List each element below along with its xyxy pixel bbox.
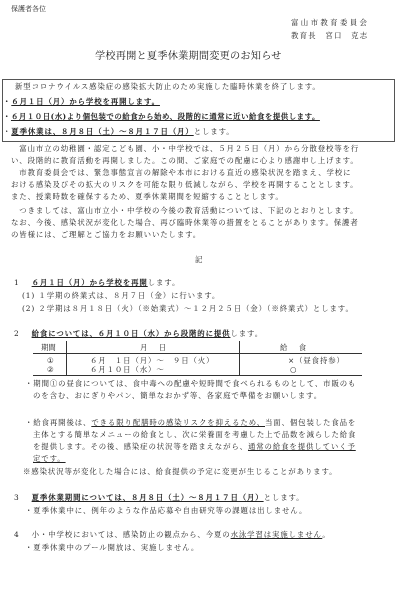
section-4-heading: 4小・中学校においては、感染防止の観点から、今夏の水泳学習は実施しません。 bbox=[14, 531, 331, 538]
section-2-note-1-line-2: のを含む、おにぎりやパン、簡単なおかず等、各家庭で準備をお願いします。 bbox=[33, 392, 322, 399]
table-header-lunch: 給 食 bbox=[280, 344, 308, 351]
section-1-item-2: (2) ２学期は８月１８日（火）（※始業式）～１２月２５日（金）（※終業式）とし… bbox=[22, 305, 354, 312]
table-header-date: 月 日 bbox=[140, 344, 168, 351]
section-1-item-1: (1) １学期の終業式は、８月７日（金）に行います。 bbox=[22, 292, 220, 299]
section-2-note-2-line-2: 主体とする簡単なメニューの給食とし、次に栄養面を考慮した上で品数を減らした給食 bbox=[33, 431, 356, 438]
paragraph-2-line-3: また、授業時数を確保するため、夏季休業期間を短縮することとします。 bbox=[11, 193, 284, 200]
section-2-note-2-line-1: ・給食再開後は、できる限り配膳時の感染リスクを抑えるため、当面、個包装した食品を bbox=[25, 419, 356, 426]
section-2-note-1-line-1: ・期間①の昼食については、食中毒への配慮や短時間で食べられるものとして、市販のも bbox=[25, 380, 356, 387]
issuer-org: 富山市教育委員会 bbox=[291, 19, 369, 26]
section-3-heading: 3夏季休業期間については、８月８日（土）～８月１７日（月）とします。 bbox=[14, 494, 304, 501]
table-header-period: 期間 bbox=[41, 344, 56, 351]
paragraph-2-line-2: おける感染及びその拡大のリスクを可能な限り低減しながら、学校を再開することとしま… bbox=[11, 181, 358, 188]
paragraph-1-line-2: い、段階的に教育活動を再開しました。この間、ご家庭での配慮に心より感謝申し上げま… bbox=[11, 157, 359, 164]
table-col-divider-1 bbox=[66, 341, 67, 375]
section-3-note: ・夏季休業中に、例年のような作品応募や自由研究等の課題は出しません。 bbox=[25, 507, 307, 514]
ki-heading: 記 bbox=[195, 256, 202, 263]
section-2-note-2-line-4: 定です。 bbox=[33, 455, 66, 462]
table-col-divider-2 bbox=[239, 341, 240, 375]
summary-intro: 新型コロナウイルス感染症の感染拡大防止のため実施した臨時休業を終了します。 bbox=[15, 83, 321, 90]
section-2-note-3: ※感染状況等が変化した場合には、給食提供の予定に変更が生じることがあります。 bbox=[23, 468, 337, 475]
summary-bullet-2: ・６月１０日(水)より個包装での給食から始め、段階的に通常に近い給食を提供します… bbox=[3, 113, 320, 120]
paragraph-2-line-1: 市教育委員会では、緊急事態宣言の解除や本市における直近の感染状況を踏まえ、学校に bbox=[11, 169, 351, 176]
paragraph-3-line-1: つきましては、富山市立小・中学校の今後の教育活動については、下記のとおりとします… bbox=[11, 207, 358, 214]
paragraph-3-line-3: の皆様には、ご理解とご協力をお願いいたします。 bbox=[11, 231, 201, 238]
section-2-heading: 2給食については、６月１０日（水）から段階的に提供します。 bbox=[14, 330, 263, 337]
paragraph-3-line-2: なお、今後、感染状況が変化した場合、再び臨時休業等の措置をとることがあります。保… bbox=[11, 219, 359, 226]
recipient: 保護者各位 bbox=[11, 6, 46, 13]
issuer-name: 教育長 宮口 克志 bbox=[291, 32, 368, 39]
page-title: 学校再開と夏季休業期間変更のお知らせ bbox=[95, 52, 282, 62]
summary-bullet-3: ・夏季休業は、８月８日（土）～８月１７日（月）とします。 bbox=[3, 128, 235, 135]
table-header-rule bbox=[33, 353, 362, 354]
summary-bullet-1: ・６月１日（月）から学校を再開します。 bbox=[3, 98, 160, 105]
paragraph-1-line-1: 富山市立の幼稚園・認定こども園、小・中学校では、５月２５日（月）から分散登校等を… bbox=[11, 145, 359, 152]
section-4-note: ・夏季休業中のプール開放は、実施しません。 bbox=[25, 544, 199, 551]
table-bottom-rule bbox=[33, 375, 362, 376]
section-1-heading: 1６月１日（月）から学校を再開します。 bbox=[14, 279, 180, 286]
section-2-note-2-line-3: を提供します。その後、感染症の状況等を踏まえながら、通常の給食を提供していく予 bbox=[33, 443, 356, 450]
